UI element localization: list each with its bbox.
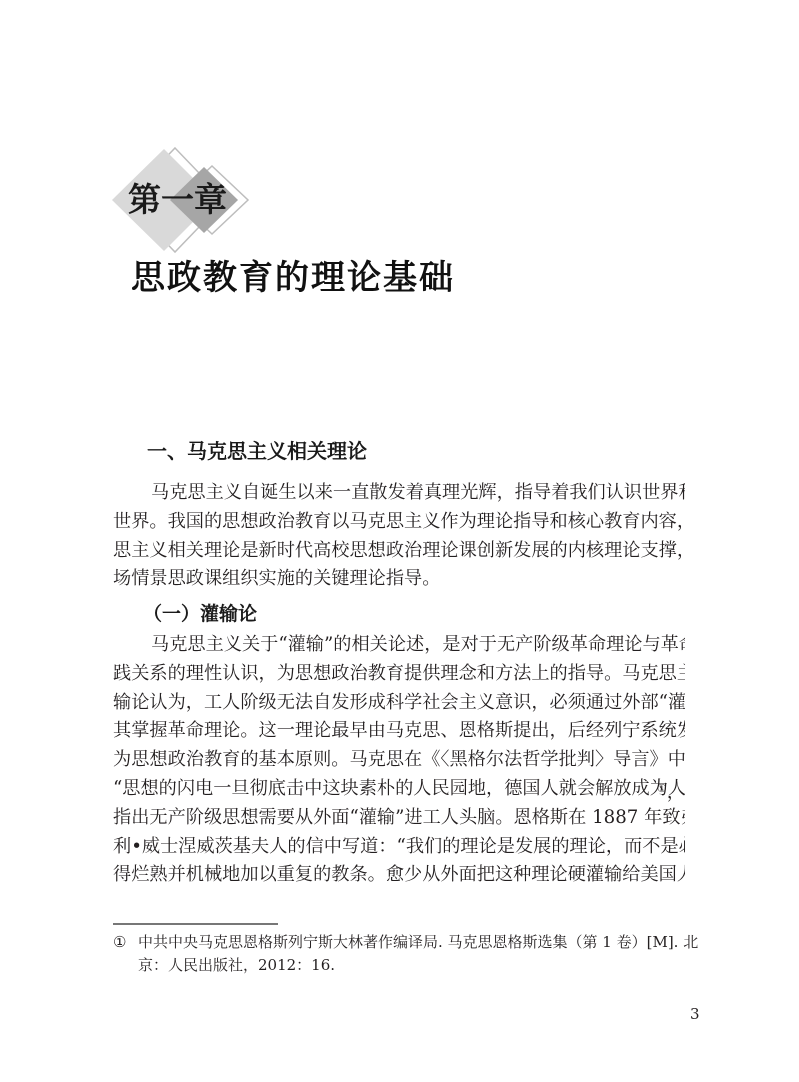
subsection-heading: （一）灌输论 <box>143 600 257 628</box>
intro-paragraph: 马克思主义自诞生以来一直散发着真理光辉，指导着我们认识世界和改造 世界。我国的思… <box>113 479 685 594</box>
chapter-badge: 第一章 <box>100 140 260 260</box>
footnote-number: ① <box>113 931 138 954</box>
chapter-label: 第一章 <box>128 180 227 220</box>
text-line: 得烂熟并机械地加以重复的教条。愈少从外面把这种理论硬灌输给美国人，而 <box>113 861 685 890</box>
text-line: 指出无产阶级思想需要从外面“灌输”进工人头脑。恩格斯在 1887 年致弗•凯 <box>113 804 685 833</box>
footnote: ①中共中央马克思恩格斯列宁斯大林著作编译局. 马克思恩格斯选集（第 1 卷）[M… <box>113 931 685 977</box>
text-line: “思想的闪电一旦彻底击中这块素朴的人民园地，德国人就会解放成为人” <box>113 775 633 804</box>
body-paragraph: 马克思主义关于“灌输”的相关论述，是对于无产阶级革命理论与革命实 践关系的理性认… <box>113 631 685 890</box>
text-line: 思主义相关理论是新时代高校思想政治理论课创新发展的内核理论支撑，是现 <box>113 537 685 566</box>
text-line: 世界。我国的思想政治教育以马克思主义作为理论指导和核心教育内容，马克 <box>113 508 685 537</box>
text-line-with-footnote: “思想的闪电一旦彻底击中这块素朴的人民园地，德国人就会解放成为人” ①， <box>113 775 685 804</box>
text-line: 场情景思政课组织实施的关键理论指导。 <box>113 565 685 594</box>
text-line: 践关系的理性认识，为思想政治教育提供理念和方法上的指导。马克思主义灌 <box>113 660 685 689</box>
footnote-reference[interactable]: ①， <box>657 775 685 804</box>
footnote-divider <box>113 923 278 925</box>
text-line: 其掌握革命理论。这一理论最早由马克思、恩格斯提出，后经列宁系统发展，成 <box>113 717 685 746</box>
book-page: 第一章 思政教育的理论基础 一、马克思主义相关理论 马克思主义自诞生以来一直散发… <box>0 0 799 1082</box>
text-line: 马克思主义自诞生以来一直散发着真理光辉，指导着我们认识世界和改造 <box>113 479 685 508</box>
text-line: 输论认为，工人阶级无法自发形成科学社会主义意识，必须通过外部“灌输”使 <box>113 689 685 718</box>
footnote-text: 京：人民出版社，2012：16. <box>113 954 685 977</box>
text-line: 马克思主义关于“灌输”的相关论述，是对于无产阶级革命理论与革命实 <box>113 631 685 660</box>
footnote-text: 中共中央马克思恩格斯列宁斯大林著作编译局. 马克思恩格斯选集（第 1 卷）[M]… <box>138 931 685 954</box>
text-line: 利•威士涅威茨基夫人的信中写道：“我们的理论是发展的理论，而不是必须背 <box>113 833 685 862</box>
section-heading: 一、马克思主义相关理论 <box>147 437 367 465</box>
page-number: 3 <box>690 1005 700 1023</box>
chapter-title: 思政教育的理论基础 <box>131 256 455 300</box>
text-line: 为思想政治教育的基本原则。马克思在《〈黑格尔法哲学批判〉导言》中指出， <box>113 746 685 775</box>
